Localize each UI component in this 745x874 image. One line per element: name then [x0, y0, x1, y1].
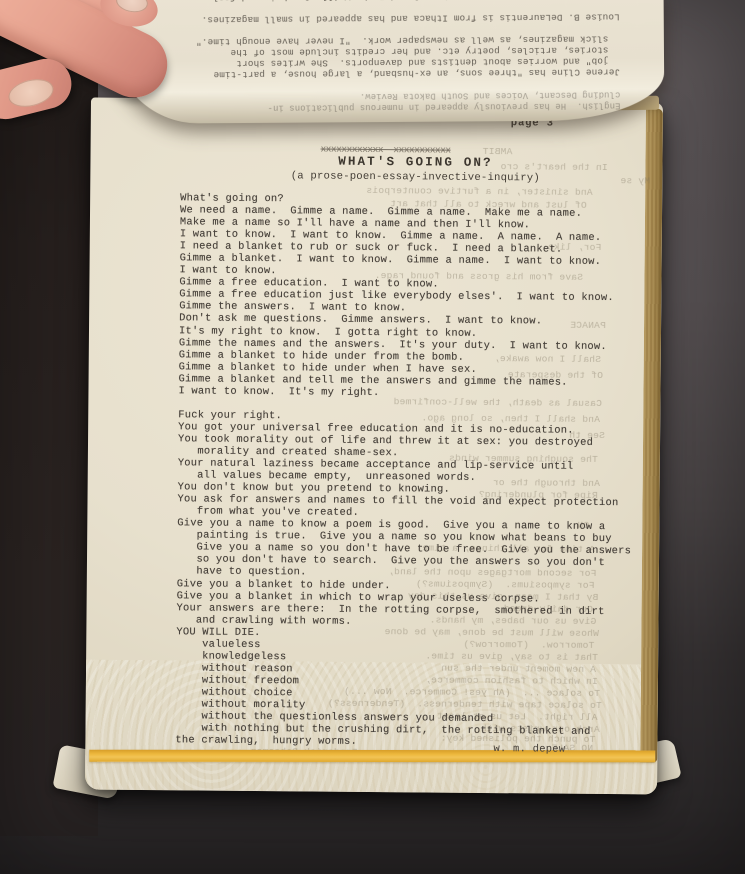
turned-page: English. He has previously appeared in n…: [110, 0, 665, 124]
poem-body: What's going on?We need a name. Gimme a …: [175, 192, 634, 750]
photo-scene: AMBITIn the heart's croMy seAnd sinister…: [0, 0, 745, 874]
author-signature: w. m. depew: [493, 743, 565, 756]
turned-page-text: English. He has previously appeared in n…: [110, 0, 665, 124]
table-surface-dark: [0, 0, 98, 836]
yellow-band: [89, 750, 655, 762]
book: AMBITIn the heart's croMy seAnd sinister…: [85, 98, 663, 795]
